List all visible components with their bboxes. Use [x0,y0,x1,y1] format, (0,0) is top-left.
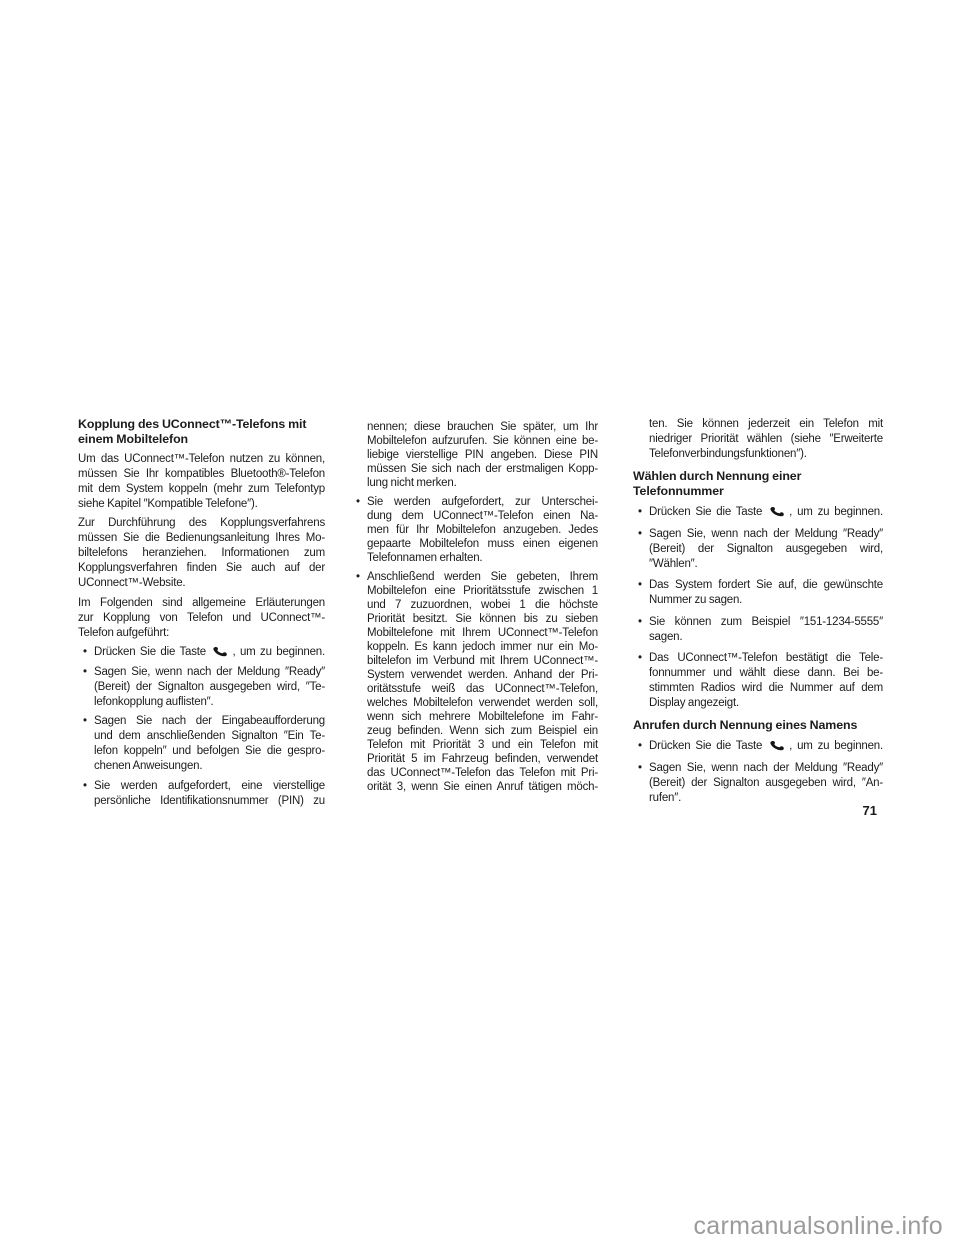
column-middle: nennen; diese brauchen Sie später, um Ih… [351,420,598,794]
text-line: UConnect™-Website. [78,576,325,591]
text-line: Mobiltelefon eine Prioritätsstufe zwisch… [367,584,598,598]
paragraph: Im Folgenden sind allgemeine Erläuterung… [78,596,325,641]
text-line: men für Ihr Mobiltelefon anzugeben. Jede… [367,523,598,537]
text-line: orität 3, wenn Sie einen Anruf tätigen m… [367,780,598,794]
bullet-marker: • [83,665,87,680]
text-line: liebige vierstellige PIN angeben. Diese … [367,448,598,462]
text-line: (Bereit) der Signalton ausgegeben wird, … [94,680,325,695]
text-line: koppeln. Es kann jedoch immer nur ein Mo… [367,640,598,654]
text-line: und 7 zuzuordnen, wobei 1 die höchste [367,598,598,612]
page-number: 71 [827,803,877,818]
bullet-item: •Sie können zum Beispiel ″151-1234-5555″… [633,615,883,645]
manual-page: Kopplung des UConnect™-Telefons miteinem… [0,0,960,1242]
text-line: lefon koppeln″ und befolgen Sie die gesp… [94,744,325,759]
bullet-item: •Sagen Sie, wenn nach der Meldung ″Ready… [633,527,883,572]
text-line: Wählen durch Nennung einer [633,469,883,484]
bullet-marker: • [356,495,360,509]
text-line: chenen Anweisungen. [94,759,325,774]
text-line: siehe Kapitel ″Kompatible Telefone″). [78,497,325,512]
bullet-item: •Sagen Sie nach der Eingabeaufforderungu… [78,714,325,774]
text-line: fonnummer und wählt diese dann. Bei be- [649,666,883,681]
text-line: sagen. [649,630,883,645]
bullet-item: •Sie werden aufgefordert, zur Unterschei… [351,495,598,565]
text-line: Im Folgenden sind allgemeine Erläuterung… [78,596,325,611]
phone-handset-icon [769,739,786,754]
text-line: müssen Sie die Bedienungsanleitung Ihres… [78,531,325,546]
bullet-marker: • [638,651,642,666]
watermark: carmanualsonline.info [693,1212,943,1241]
bullet-marker: • [638,527,642,542]
text-line: Drücken Sie die Taste , um zu beginnen. [649,505,883,520]
column-left: Kopplung des UConnect™-Telefons miteinem… [78,417,325,809]
text-line: Telefonnummer [633,484,883,499]
text-line: müssen Sie Ihr kompatibles Bluetooth®-Te… [78,467,325,482]
text-line: Telefon mit Priorität 3 und ein Telefon … [367,738,598,752]
text-line: Sagen Sie, wenn nach der Meldung ″Ready″ [649,761,883,776]
bullet-marker: • [83,714,87,729]
text-line: lung nicht merken. [367,476,598,490]
text-line: System verwendet werden. Anhand der Pri- [367,668,598,682]
paragraph: nennen; diese brauchen Sie später, um Ih… [351,420,598,490]
text-line: oritätsstufe weiß das UConnect™-Telefon, [367,682,598,696]
text-line: Sagen Sie, wenn nach der Meldung ″Ready″ [649,527,883,542]
text-line: Das System fordert Sie auf, die gewünsch… [649,578,883,593]
text-line: Das UConnect™-Telefon bestätigt die Tele… [649,651,883,666]
bullet-item: •Drücken Sie die Taste , um zu beginnen. [633,505,883,520]
bullet-item: •Das UConnect™-Telefon bestätigt die Tel… [633,651,883,711]
section-heading: Kopplung des UConnect™-Telefons miteinem… [78,417,325,447]
text-line: das UConnect™-Telefon das Telefon mit Pr… [367,766,598,780]
text-line: Drücken Sie die Taste , um zu beginnen. [94,645,325,660]
text-line: Kopplung des UConnect™-Telefons mit [78,417,325,432]
text-line: Anschließend werden Sie gebeten, Ihrem [367,570,598,584]
text-line: Mobiltelefon aufzurufen. Sie können eine… [367,434,598,448]
text-line: persönliche Identifikationsnummer (PIN) … [94,794,325,809]
text-line: zeug befinden. Wenn sich zum Beispiel ei… [367,724,598,738]
text-line: zur Kopplung von Telefon und UConnect™- [78,611,325,626]
phone-handset-icon [212,645,229,660]
column-right: ten. Sie können jederzeit ein Telefon mi… [633,417,883,806]
bullet-item: •Drücken Sie die Taste , um zu beginnen. [78,645,325,660]
text-line: biltelefon im Verbund mit Ihrem UConnect… [367,654,598,668]
text-line: Kopplungsverfahren finden Sie auch auf d… [78,561,325,576]
text-line: mit dem System koppeln (mehr zum Telefon… [78,482,325,497]
section-heading: Wählen durch Nennung einerTelefonnummer [633,469,883,499]
bullet-marker: • [638,615,642,630]
text-line: Telefonverbindungsfunktionen″). [649,447,883,462]
text-line: stimmten Radios wird die Nummer auf dem [649,681,883,696]
text-line: Mobiltelefone mit Ihrem UConnect™-Telefo… [367,626,598,640]
bullet-marker: • [638,505,642,520]
text-line: Sie werden aufgefordert, eine vierstelli… [94,779,325,794]
text-line: welches Mobiltelefon verwendet werden so… [367,696,598,710]
text-line: wenn sich mehrere Mobiltelefone im Fahr- [367,710,598,724]
bullet-marker: • [638,739,642,754]
text-line: (Bereit) der Signalton ausgegeben wird, … [649,776,883,791]
text-line: Sie können zum Beispiel ″151-1234-5555″ [649,615,883,630]
text-line: Display angezeigt. [649,696,883,711]
bullet-item: •Anschließend werden Sie gebeten, IhremM… [351,570,598,794]
text-line: ″Wählen″. [649,557,883,572]
text-line: Priorität besitzt. Sie können bis zu sie… [367,612,598,626]
text-line: Um das UConnect™-Telefon nutzen zu könne… [78,452,325,467]
text-line: niedriger Priorität wählen (siehe ″Erwei… [649,432,883,447]
text-line: Sagen Sie nach der Eingabeaufforderung [94,714,325,729]
text-line: Zur Durchführung des Kopplungsverfahrens [78,516,325,531]
phone-handset-icon [769,505,786,520]
bullet-item: •Das System fordert Sie auf, die gewünsc… [633,578,883,608]
text-line: Sagen Sie, wenn nach der Meldung ″Ready″ [94,665,325,680]
text-line: Drücken Sie die Taste , um zu beginnen. [649,739,883,754]
bullet-item: •Sagen Sie, wenn nach der Meldung ″Ready… [78,665,325,710]
text-line: Telefon aufgeführt: [78,626,325,641]
bullet-marker: • [638,578,642,593]
text-line: Sie werden aufgefordert, zur Unterschei- [367,495,598,509]
text-line: Nummer zu sagen. [649,593,883,608]
bullet-marker: • [356,570,360,584]
bullet-marker: • [638,761,642,776]
bullet-item: •Sie werden aufgefordert, eine vierstell… [78,779,325,809]
paragraph: ten. Sie können jederzeit ein Telefon mi… [633,417,883,462]
bullet-item: •Sagen Sie, wenn nach der Meldung ″Ready… [633,761,883,806]
text-line: ten. Sie können jederzeit ein Telefon mi… [649,417,883,432]
paragraph: Um das UConnect™-Telefon nutzen zu könne… [78,452,325,512]
text-line: (Bereit) der Signalton ausgegeben wird, [649,542,883,557]
text-line: einem Mobiltelefon [78,432,325,447]
text-line: gepaarte Mobiltelefon muss einen eigenen [367,537,598,551]
text-line: lefonkopplung auflisten″. [94,695,325,710]
text-line: biltelefons heranziehen. Informationen z… [78,546,325,561]
paragraph: Zur Durchführung des Kopplungsverfahrens… [78,516,325,591]
bullet-marker: • [83,645,87,660]
text-line: Priorität 5 im Fahrzeug befinden, verwen… [367,752,598,766]
text-line: Anrufen durch Nennung eines Namens [633,718,883,733]
text-line: müssen Sie sich nach der erstmaligen Kop… [367,462,598,476]
text-line: nennen; diese brauchen Sie später, um Ih… [367,420,598,434]
text-line: Telefonnamen erhalten. [367,551,598,565]
section-heading: Anrufen durch Nennung eines Namens [633,718,883,733]
bullet-item: •Drücken Sie die Taste , um zu beginnen. [633,739,883,754]
text-line: und dem anschließenden Signalton ″Ein Te… [94,729,325,744]
bullet-marker: • [83,779,87,794]
text-line: dung dem UConnect™-Telefon einen Na- [367,509,598,523]
